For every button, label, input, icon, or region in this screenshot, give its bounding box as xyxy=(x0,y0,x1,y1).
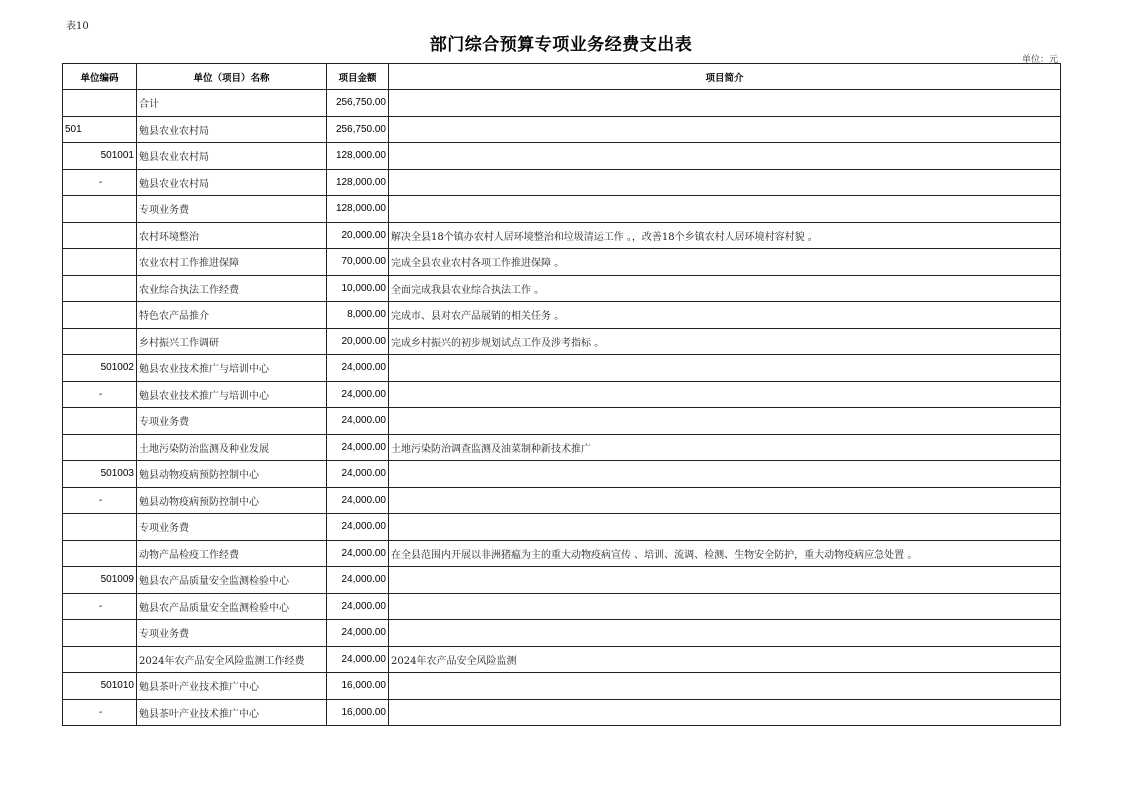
table-row: -勉县农业农村局128,000.00 xyxy=(63,169,1061,196)
table-row: 501010勉县茶叶产业技术推广中心16,000.00 xyxy=(63,673,1061,700)
description-cell: 解决全县18个镇办农村人居环境整治和垃圾清运工作 。，改善18个乡镇农村人居环境… xyxy=(389,222,1061,249)
header-row: 单位编码 单位（项目）名称 项目金额 项目简介 xyxy=(63,64,1061,90)
column-header-code: 单位编码 xyxy=(63,64,137,90)
unit-code-cell xyxy=(63,302,137,329)
unit-name-cell: 动物产品检疫工作经费 xyxy=(137,540,327,567)
unit-name-cell: 专项业务费 xyxy=(137,514,327,541)
unit-code-cell xyxy=(63,328,137,355)
description-cell xyxy=(389,620,1061,647)
table-row: 501勉县农业农村局256,750.00 xyxy=(63,116,1061,143)
amount-cell: 70,000.00 xyxy=(327,249,389,276)
unit-code-cell: - xyxy=(63,699,137,726)
amount-cell: 20,000.00 xyxy=(327,222,389,249)
description-cell xyxy=(389,514,1061,541)
description-cell xyxy=(389,699,1061,726)
amount-cell: 24,000.00 xyxy=(327,381,389,408)
description-cell xyxy=(389,567,1061,594)
table-row: 特色农产品推介8,000.00完成市、县对农产品展销的相关任务 。 xyxy=(63,302,1061,329)
unit-name-cell: 勉县茶叶产业技术推广中心 xyxy=(137,673,327,700)
description-cell: 在全县范围内开展以非洲猪瘟为主的重大动物疫病宣传 、培训、流调、检测、生物安全防… xyxy=(389,540,1061,567)
table-row: 土地污染防治监测及种业发展24,000.00土地污染防治调查监测及油菜制种新技术… xyxy=(63,434,1061,461)
amount-cell: 128,000.00 xyxy=(327,196,389,223)
unit-name-cell: 专项业务费 xyxy=(137,620,327,647)
amount-cell: 24,000.00 xyxy=(327,408,389,435)
amount-cell: 24,000.00 xyxy=(327,593,389,620)
unit-code-cell: - xyxy=(63,487,137,514)
amount-cell: 24,000.00 xyxy=(327,620,389,647)
unit-name-cell: 农业综合执法工作经费 xyxy=(137,275,327,302)
description-cell xyxy=(389,673,1061,700)
unit-code-cell xyxy=(63,249,137,276)
unit-name-cell: 勉县农业农村局 xyxy=(137,116,327,143)
unit-code-cell xyxy=(63,90,137,117)
unit-name-cell: 勉县茶叶产业技术推广中心 xyxy=(137,699,327,726)
unit-name-cell: 农村环境整治 xyxy=(137,222,327,249)
amount-cell: 8,000.00 xyxy=(327,302,389,329)
unit-code-cell xyxy=(63,540,137,567)
table-row: 农业农村工作推进保障70,000.00完成全县农业农村各项工作推进保障 。 xyxy=(63,249,1061,276)
description-cell: 完成乡村振兴的初步规划试点工作及涉考指标 。 xyxy=(389,328,1061,355)
unit-name-cell: 勉县动物疫病预防控制中心 xyxy=(137,461,327,488)
description-cell xyxy=(389,408,1061,435)
unit-name-cell: 勉县动物疫病预防控制中心 xyxy=(137,487,327,514)
table-row: 农业综合执法工作经费10,000.00全面完成我县农业综合执法工作 。 xyxy=(63,275,1061,302)
description-cell: 完成全县农业农村各项工作推进保障 。 xyxy=(389,249,1061,276)
unit-code-cell xyxy=(63,275,137,302)
amount-cell: 24,000.00 xyxy=(327,355,389,382)
table-row: 合计256,750.00 xyxy=(63,90,1061,117)
description-cell xyxy=(389,355,1061,382)
table-row: 专项业务费24,000.00 xyxy=(63,620,1061,647)
table-row: 2024年农产品安全风险监测工作经费24,000.002024年农产品安全风险监… xyxy=(63,646,1061,673)
unit-code-cell: 501009 xyxy=(63,567,137,594)
unit-name-cell: 勉县农业农村局 xyxy=(137,169,327,196)
table-row: 501001勉县农业农村局128,000.00 xyxy=(63,143,1061,170)
table-row: 501003勉县动物疫病预防控制中心24,000.00 xyxy=(63,461,1061,488)
unit-name-cell: 勉县农产品质量安全监测检验中心 xyxy=(137,567,327,594)
description-cell: 2024年农产品安全风险监测 xyxy=(389,646,1061,673)
unit-code-cell xyxy=(63,646,137,673)
unit-name-cell: 勉县农业技术推广与培训中心 xyxy=(137,381,327,408)
table-row: 501009勉县农产品质量安全监测检验中心24,000.00 xyxy=(63,567,1061,594)
unit-code-cell: - xyxy=(63,593,137,620)
description-cell xyxy=(389,487,1061,514)
table-row: 专项业务费128,000.00 xyxy=(63,196,1061,223)
table-body: 合计256,750.00501勉县农业农村局256,750.00501001勉县… xyxy=(63,90,1061,726)
unit-code-cell: - xyxy=(63,169,137,196)
amount-cell: 10,000.00 xyxy=(327,275,389,302)
unit-code-cell: 501001 xyxy=(63,143,137,170)
amount-cell: 24,000.00 xyxy=(327,646,389,673)
amount-cell: 256,750.00 xyxy=(327,90,389,117)
unit-name-cell: 专项业务费 xyxy=(137,408,327,435)
unit-code-cell: 501002 xyxy=(63,355,137,382)
amount-cell: 16,000.00 xyxy=(327,673,389,700)
unit-name-cell: 农业农村工作推进保障 xyxy=(137,249,327,276)
description-cell xyxy=(389,116,1061,143)
description-cell xyxy=(389,169,1061,196)
description-cell xyxy=(389,593,1061,620)
amount-cell: 24,000.00 xyxy=(327,514,389,541)
unit-code-cell xyxy=(63,514,137,541)
description-cell xyxy=(389,461,1061,488)
amount-cell: 20,000.00 xyxy=(327,328,389,355)
unit-name-cell: 勉县农产品质量安全监测检验中心 xyxy=(137,593,327,620)
table-row: -勉县农业技术推广与培训中心24,000.00 xyxy=(63,381,1061,408)
amount-cell: 128,000.00 xyxy=(327,143,389,170)
amount-cell: 128,000.00 xyxy=(327,169,389,196)
page-title: 部门综合预算专项业务经费支出表 xyxy=(0,30,1122,55)
table-row: -勉县农产品质量安全监测检验中心24,000.00 xyxy=(63,593,1061,620)
column-header-description: 项目简介 xyxy=(389,64,1061,90)
amount-cell: 16,000.00 xyxy=(327,699,389,726)
unit-code-cell: 501010 xyxy=(63,673,137,700)
unit-name-cell: 特色农产品推介 xyxy=(137,302,327,329)
unit-name-cell: 合计 xyxy=(137,90,327,117)
amount-cell: 24,000.00 xyxy=(327,461,389,488)
unit-code-cell xyxy=(63,434,137,461)
description-cell xyxy=(389,196,1061,223)
column-header-amount: 项目金额 xyxy=(327,64,389,90)
unit-name-cell: 乡村振兴工作调研 xyxy=(137,328,327,355)
description-cell xyxy=(389,381,1061,408)
amount-cell: 24,000.00 xyxy=(327,434,389,461)
table-row: 农村环境整治20,000.00解决全县18个镇办农村人居环境整治和垃圾清运工作 … xyxy=(63,222,1061,249)
unit-code-cell xyxy=(63,408,137,435)
unit-code-cell xyxy=(63,196,137,223)
unit-name-cell: 2024年农产品安全风险监测工作经费 xyxy=(137,646,327,673)
description-cell xyxy=(389,143,1061,170)
unit-name-cell: 勉县农业农村局 xyxy=(137,143,327,170)
description-cell xyxy=(389,90,1061,117)
unit-code-cell: - xyxy=(63,381,137,408)
table-row: 专项业务费24,000.00 xyxy=(63,408,1061,435)
description-cell: 土地污染防治调查监测及油菜制种新技术推广 xyxy=(389,434,1061,461)
table-row: -勉县茶叶产业技术推广中心16,000.00 xyxy=(63,699,1061,726)
amount-cell: 24,000.00 xyxy=(327,487,389,514)
unit-name-cell: 土地污染防治监测及种业发展 xyxy=(137,434,327,461)
unit-code-cell xyxy=(63,620,137,647)
unit-name-cell: 勉县农业技术推广与培训中心 xyxy=(137,355,327,382)
table-row: 501002勉县农业技术推广与培训中心24,000.00 xyxy=(63,355,1061,382)
column-header-name: 单位（项目）名称 xyxy=(137,64,327,90)
unit-code-cell: 501 xyxy=(63,116,137,143)
description-cell: 全面完成我县农业综合执法工作 。 xyxy=(389,275,1061,302)
amount-cell: 256,750.00 xyxy=(327,116,389,143)
unit-name-cell: 专项业务费 xyxy=(137,196,327,223)
table-row: 乡村振兴工作调研20,000.00完成乡村振兴的初步规划试点工作及涉考指标 。 xyxy=(63,328,1061,355)
budget-table: 单位编码 单位（项目）名称 项目金额 项目简介 合计256,750.00501勉… xyxy=(62,63,1061,726)
unit-code-cell xyxy=(63,222,137,249)
amount-cell: 24,000.00 xyxy=(327,540,389,567)
table-row: 动物产品检疫工作经费24,000.00在全县范围内开展以非洲猪瘟为主的重大动物疫… xyxy=(63,540,1061,567)
amount-cell: 24,000.00 xyxy=(327,567,389,594)
table-row: 专项业务费24,000.00 xyxy=(63,514,1061,541)
table-row: -勉县动物疫病预防控制中心24,000.00 xyxy=(63,487,1061,514)
description-cell: 完成市、县对农产品展销的相关任务 。 xyxy=(389,302,1061,329)
unit-code-cell: 501003 xyxy=(63,461,137,488)
